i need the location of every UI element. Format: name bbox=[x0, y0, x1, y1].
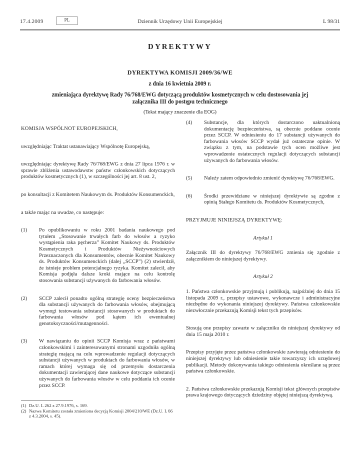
recital-1: (1) Po opublikowaniu w roku 2001 badania… bbox=[21, 228, 175, 285]
citation-consultation: po konsultacji z Komitetem Naukowym ds. … bbox=[21, 192, 175, 198]
journal-title: Dziennik Urzędowy Unii Europejskiej bbox=[80, 19, 280, 25]
article-2-paragraph-4: 2. Państwa członkowskie przekazują Komis… bbox=[186, 386, 340, 399]
article-1-heading: Artykuł 1 bbox=[186, 235, 340, 241]
recital-4: (4) Substancje, dla których dostarczono … bbox=[186, 120, 340, 164]
section-heading: DYREKTYWY bbox=[0, 43, 360, 52]
document-page: 17.4.2009 PL Dziennik Urzędowy Unii Euro… bbox=[0, 0, 360, 466]
directive-name: DYREKTYWA KOMISJI 2009/36/WE bbox=[40, 69, 320, 77]
eea-relevance-note: (Tekst mający znaczenie dla EOG) bbox=[40, 110, 320, 116]
recital-6: (6) Środki przewidziane w niniejszej dyr… bbox=[186, 193, 340, 206]
article-2-paragraph-3: Przepisy przyjęte przez państwa członkow… bbox=[186, 350, 340, 375]
header-rule bbox=[20, 29, 340, 31]
language-box: PL bbox=[56, 17, 78, 26]
enacting-formula: PRZYJMUJE NINIEJSZĄ DYREKTYWĘ: bbox=[186, 217, 340, 223]
footnote-2: (2) Nazwa Komitetu została zmieniona dec… bbox=[21, 408, 175, 419]
recital-number: (1) bbox=[21, 228, 39, 285]
directive-subject: zmieniająca dyrektywę Rady 76/768/EWG do… bbox=[40, 92, 320, 106]
article-2-paragraph-1: 1. Państwa członkowskie przyjmują i publ… bbox=[186, 289, 340, 314]
citation-treaty: uwzględniając Traktat ustanawiający Wspó… bbox=[21, 144, 175, 150]
preamble-opening: KOMISJA WSPÓLNOT EUROPEJSKICH, bbox=[21, 126, 175, 132]
article-1-text: Załącznik III do dyrektywy 76/768/EWG zm… bbox=[186, 250, 340, 263]
recital-text: Substancje, dla których dostarczono uakt… bbox=[204, 120, 340, 164]
recital-text: Środki przewidziane w niniejszej dyrekty… bbox=[204, 193, 340, 206]
recital-text: SCCP zalecił ponadto ogólną strategię oc… bbox=[39, 296, 175, 327]
directive-date: z dnia 16 kwietnia 2009 r. bbox=[40, 81, 320, 87]
footnote-marker: (2) bbox=[21, 408, 29, 419]
header-date: 17.4.2009 bbox=[20, 19, 43, 25]
recital-number: (5) bbox=[186, 176, 204, 182]
recital-text: Należy zatem odpowiednio zmienić dyrekty… bbox=[204, 176, 340, 182]
recital-text: W nawiązaniu do opinii SCCP Komisja wraz… bbox=[39, 339, 175, 389]
recital-3: (3) W nawiązaniu do opinii SCCP Komisja … bbox=[21, 339, 175, 389]
recital-5: (5) Należy zatem odpowiednio zmienić dyr… bbox=[186, 176, 340, 182]
footnotes: (1) Dz.U. L 262 z 27.9.1976, s. 169. (2)… bbox=[21, 401, 175, 419]
footnote-text: Nazwa Komitetu została zmieniona decyzją… bbox=[29, 408, 175, 419]
recital-number: (4) bbox=[186, 120, 204, 164]
whereas-clause: a także mając na uwadze, co następuje: bbox=[21, 210, 175, 216]
article-2-heading: Artykuł 2 bbox=[186, 274, 340, 280]
page-number: L 98/31 bbox=[323, 19, 340, 25]
left-column: KOMISJA WSPÓLNOT EUROPEJSKICH, uwzględni… bbox=[21, 126, 175, 419]
article-2-paragraph-2: Stosują one przepisy zawarte w załącznik… bbox=[186, 326, 340, 339]
citation-directive: uwzględniając dyrektywę Rady 76/768/EWG … bbox=[21, 162, 175, 181]
recital-number: (3) bbox=[21, 339, 39, 389]
recital-2: (2) SCCP zalecił ponadto ogólną strategi… bbox=[21, 296, 175, 327]
recital-text: Po opublikowaniu w roku 2001 badania nau… bbox=[39, 228, 175, 285]
right-column: (4) Substancje, dla których dostarczono … bbox=[186, 120, 340, 411]
directive-title-block: DYREKTYWA KOMISJI 2009/36/WE z dnia 16 k… bbox=[40, 69, 320, 115]
footnote-rule bbox=[21, 401, 73, 402]
recital-number: (2) bbox=[21, 296, 39, 327]
page-header: 17.4.2009 PL Dziennik Urzędowy Unii Euro… bbox=[20, 16, 340, 28]
recital-number: (6) bbox=[186, 193, 204, 206]
